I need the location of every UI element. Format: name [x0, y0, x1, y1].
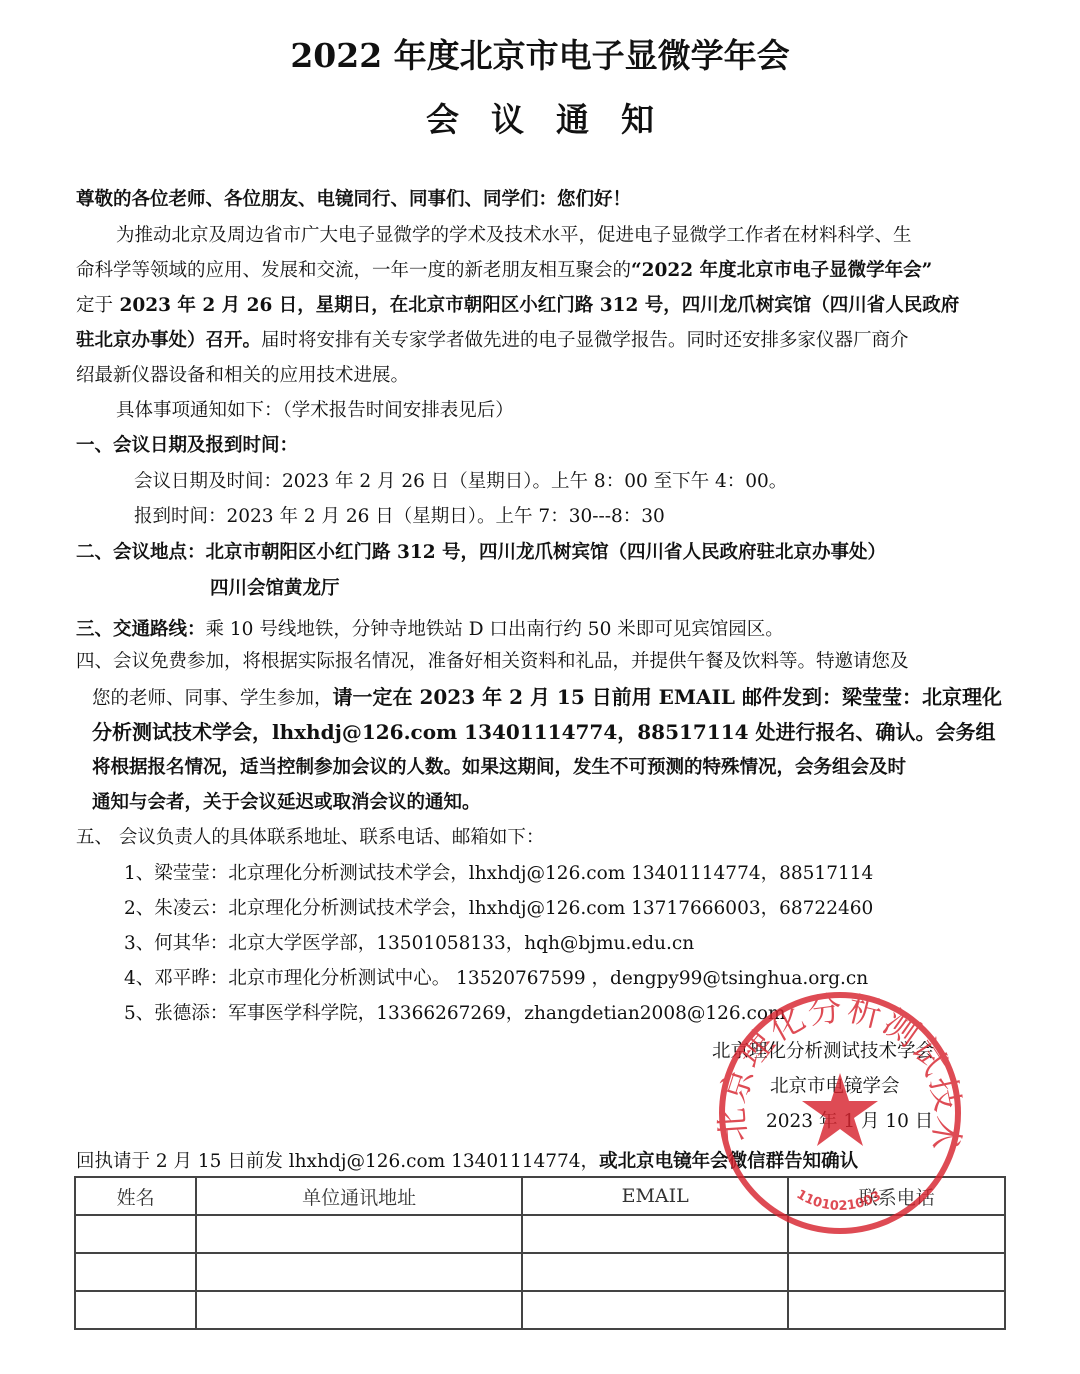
cell-address[interactable] [196, 1215, 522, 1253]
subtitle-char: 议 [491, 94, 524, 141]
greeting: 尊敬的各位老师、各位朋友、电镜同行、同事们、同学们：您们好！ [76, 188, 631, 212]
col-name: 姓名 [75, 1177, 196, 1215]
intro-line-4: 驻北京办事处）召开。届时将安排有关专家学者做先进的电子显微学报告。同时还安排多家… [76, 329, 909, 353]
table-row [75, 1291, 1005, 1329]
intro-line-3: 定于 2023 年 2 月 26 日，星期日，在北京市朝阳区小红门路 312 号… [76, 294, 959, 318]
section3: 三、交通路线：乘 10 号线地铁，分钟寺地铁站 D 口出南行约 50 米即可见宾… [76, 618, 784, 642]
official-seal-icon: 北京理化分析测试技术学会 1101021003 [712, 985, 968, 1241]
cell-address[interactable] [196, 1291, 522, 1329]
section4-line-2: 您的老师、同事、学生参加，请一定在 2023 年 2 月 15 日前用 EMAI… [92, 685, 1002, 711]
contact-item: 1、梁莹莹：北京理化分析测试技术学会，lhxhdj@126.com 134011… [124, 862, 873, 886]
section4-line-1: 四、会议免费参加，将根据实际报名情况，准备好相关资料和礼品，并提供午餐及饮料等。… [76, 650, 909, 674]
subtitle-char: 通 [556, 94, 589, 141]
section3-heading: 三、交通路线： [76, 619, 206, 640]
section4-line-4: 将根据报名情况，适当控制参加会议的人数。如果这期间，发生不可预测的特殊情况，会务… [92, 756, 906, 780]
venue-hall: 四川会馆黄龙厅 [210, 577, 340, 601]
section2-heading: 二、会议地点： [76, 542, 206, 563]
contact-item: 2、朱凌云：北京理化分析测试技术学会，lhxhdj@126.com 137176… [124, 897, 873, 921]
intro-text: 届时将安排有关专家学者做先进的电子显微学报告。同时还安排多家仪器厂商介 [261, 330, 909, 351]
cell-address[interactable] [196, 1253, 522, 1291]
cell-phone[interactable] [788, 1253, 1005, 1291]
section4-line-3: 分析测试技术学会，lhxhdj@126.com 13401114774，8851… [92, 720, 996, 744]
intro-text: 定于 [76, 295, 113, 316]
cell-name[interactable] [75, 1253, 196, 1291]
intro-line-5: 绍最新仪器设备和相关的应用技术进展。 [76, 364, 409, 388]
cell-name[interactable] [75, 1215, 196, 1253]
subtitle-char: 知 [621, 94, 654, 141]
document-subtitle: 会议通知 [0, 94, 1080, 141]
section5-heading: 五、 会议负责人的具体联系地址、联系电话、邮箱如下： [76, 826, 544, 850]
table-row [75, 1253, 1005, 1291]
svg-text:北京理化分析测试技术学会: 北京理化分析测试技术学会 [712, 985, 968, 1156]
transport-route: 乘 10 号线地铁，分钟寺地铁站 D 口出南行约 50 米即可见宾馆园区。 [206, 619, 784, 640]
section1-heading: 一、会议日期及报到时间： [76, 434, 298, 458]
receipt-note-text: 回执请于 2 月 15 日前发 lhxhdj@126.com 134011147… [76, 1151, 599, 1172]
intro-line-1: 为推动北京及周边省市广大电子显微学的学术及技术水平，促进电子显微学工作者在材料科… [116, 224, 912, 248]
subtitle-char: 会 [426, 94, 459, 141]
col-address: 单位通讯地址 [196, 1177, 522, 1215]
cell-email[interactable] [522, 1291, 789, 1329]
meeting-time: 会议日期及时间：2023 年 2 月 26 日（星期日）。上午 8：00 至下午… [134, 470, 787, 494]
venue-address: 北京市朝阳区小红门路 312 号，四川龙爪树宾馆（四川省人民政府驻北京办事处） [206, 542, 887, 563]
intro-text: 命科学等领域的应用、发展和交流，一年一度的新老朋友相互聚会的 [76, 260, 631, 281]
contact-item: 3、何其华：北京大学医学部，13501058133，hqh@bjmu.edu.c… [124, 932, 694, 956]
checkin-time: 报到时间：2023 年 2 月 26 日（星期日）。上午 7：30---8：30 [134, 505, 665, 529]
cell-phone[interactable] [788, 1291, 1005, 1329]
contact-item: 5、张德添：军事医学科学院，13366267269，zhangdetian200… [124, 1002, 786, 1026]
document-title: 2022 年度北京市电子显微学年会 [0, 30, 1080, 77]
svg-text:1101021003: 1101021003 [794, 1187, 884, 1214]
conference-date-place: 2023 年 2 月 26 日，星期日，在北京市朝阳区小红门路 312 号，四川… [113, 295, 959, 316]
section2: 二、会议地点：北京市朝阳区小红门路 312 号，四川龙爪树宾馆（四川省人民政府驻… [76, 541, 886, 565]
conference-name: “2022 年度北京市电子显微学年会” [631, 260, 932, 281]
section4-line-5: 通知与会者，关于会议延迟或取消会议的通知。 [92, 791, 481, 815]
cell-email[interactable] [522, 1253, 789, 1291]
section4-text: 您的老师、同事、学生参加， [92, 688, 333, 709]
intro-line-6: 具体事项通知如下：（学术报告时间安排表见后） [116, 399, 514, 423]
cell-name[interactable] [75, 1291, 196, 1329]
conference-place-end: 驻北京办事处）召开。 [76, 330, 261, 351]
registration-deadline: 请一定在 2023 年 2 月 15 日前用 EMAIL 邮件发到：梁莹莹：北京… [333, 685, 1002, 709]
intro-line-2: 命科学等领域的应用、发展和交流，一年一度的新老朋友相互聚会的“2022 年度北京… [76, 259, 932, 283]
